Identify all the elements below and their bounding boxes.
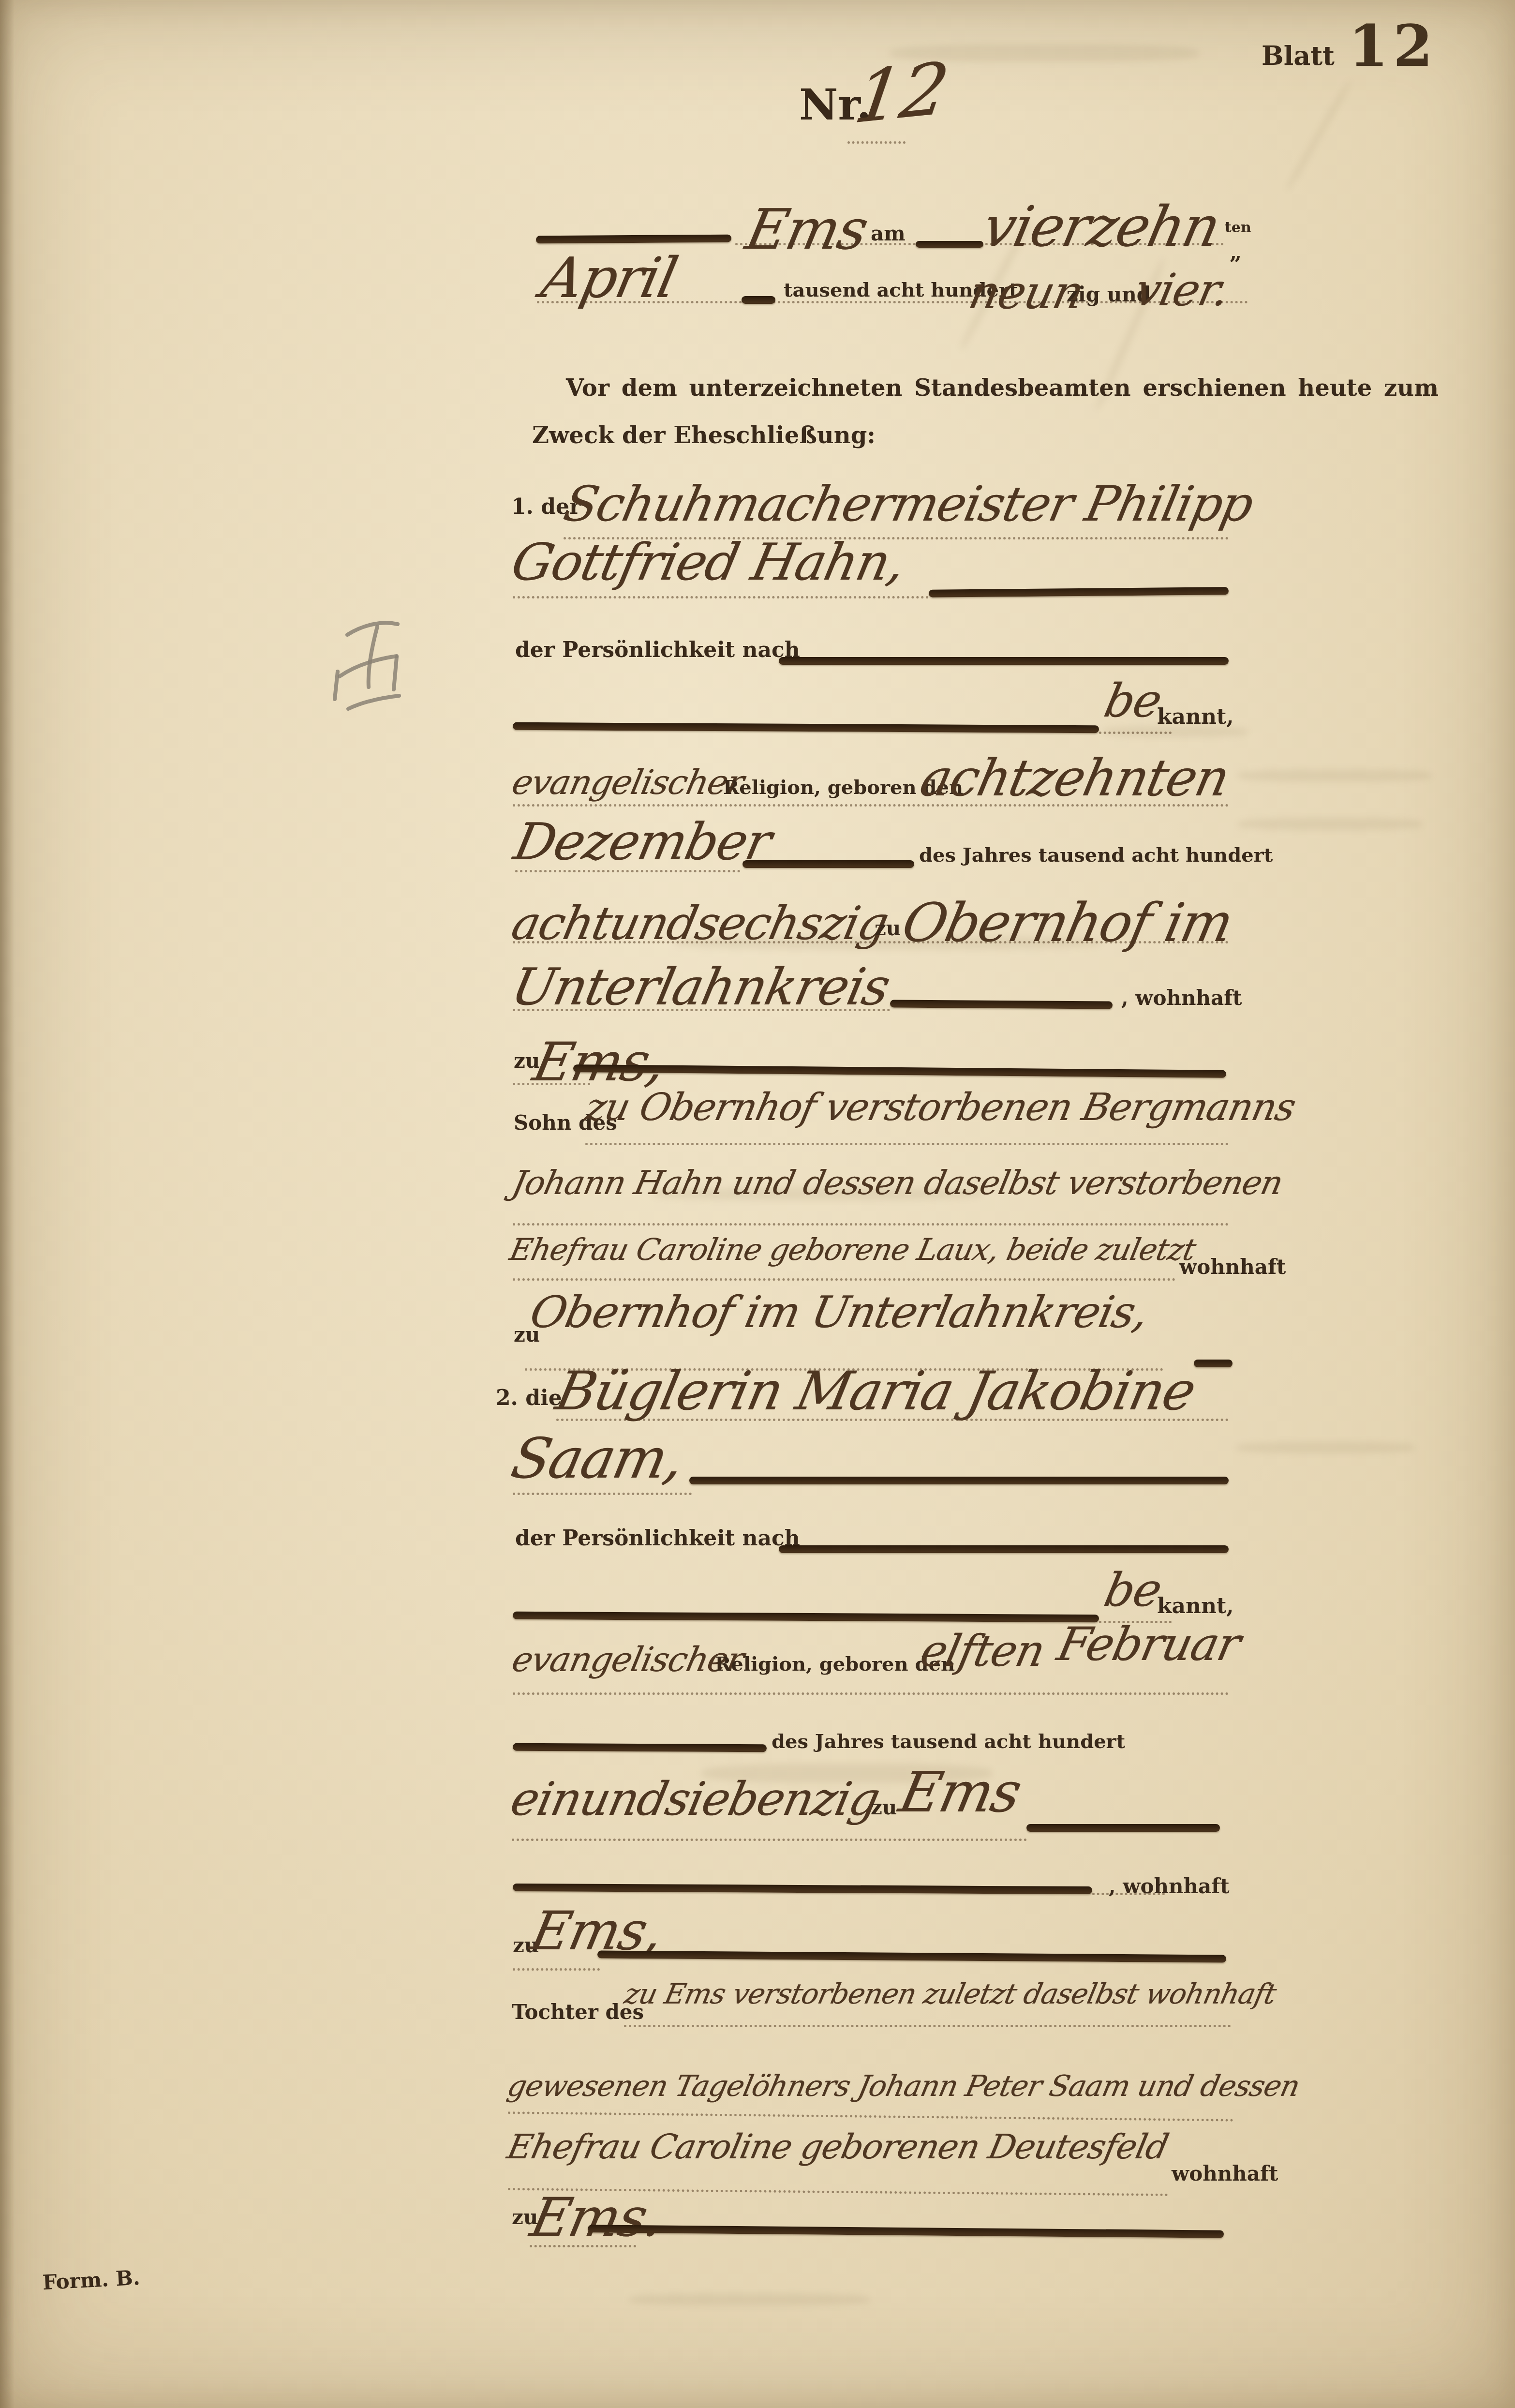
groom-wohnhaft-label: , wohnhaft	[1121, 988, 1242, 1008]
dotted-line	[624, 2025, 1231, 2027]
scan-edge-shadow	[0, 0, 15, 2408]
groom-known-prefix-hand: be	[1100, 678, 1165, 724]
year-units-hand: vier.	[1131, 268, 1232, 313]
day-suffix-mark: „	[1230, 242, 1242, 263]
bride-known-prefix-hand: be	[1100, 1568, 1165, 1614]
ink-filler-bar	[513, 1884, 1092, 1894]
groom-birth-day-hand: achtzehnten	[916, 753, 1233, 804]
record-number-value: 12	[850, 53, 951, 135]
dotted-line	[513, 1009, 890, 1011]
am-label: am	[871, 224, 906, 244]
bride-lineage-line2-hand: gewesenen Tagelöhners Johann Peter Saam …	[505, 2072, 1302, 2101]
groom-religion-hand: evangelischer	[509, 765, 747, 799]
ink-filler-bar	[536, 235, 731, 244]
dotted-line	[847, 141, 906, 144]
ink-filler-bar	[1026, 1824, 1220, 1832]
form-footer-label: Form. B.	[42, 2268, 140, 2293]
dotted-line	[530, 2245, 636, 2247]
ink-filler-bar	[573, 1064, 1226, 1078]
bride-occupation-name-hand: Büglerin Maria Jakobine	[551, 1364, 1199, 1418]
ink-filler-bar	[890, 1000, 1113, 1009]
bride-known-label: kannt,	[1157, 1596, 1234, 1617]
bleed-through-smudge	[1238, 769, 1432, 782]
preamble-line-2: Zweck der Eheschließung:	[532, 424, 876, 447]
ink-filler-bar	[588, 2225, 1224, 2238]
sheet-number: 12	[1349, 17, 1438, 75]
ink-filler-bar	[513, 1612, 1099, 1622]
dotted-line	[513, 1692, 1229, 1695]
dotted-line	[513, 804, 1229, 807]
dotted-line	[1099, 732, 1172, 734]
bleed-through-smudge	[1236, 1442, 1415, 1453]
ink-filler-bar	[779, 657, 1229, 665]
dotted-line	[513, 1223, 1229, 1226]
dotted-line	[513, 1968, 600, 1971]
groom-occupation-name-hand: Schuhmachermeister Philipp	[560, 480, 1257, 528]
bride-zu-label: zu	[871, 1797, 897, 1818]
bride-birth-place-hand: Ems	[895, 1765, 1025, 1821]
day-suffix-label: ten	[1225, 221, 1251, 235]
dotted-line	[513, 1083, 590, 1085]
groom-lineage-line1-hand: zu Obernhof verstorbenen Bergmanns	[582, 1089, 1298, 1126]
dotted-line	[513, 1493, 692, 1495]
groom-name-hand: Gottfried Hahn,	[507, 537, 909, 588]
dotted-line	[585, 1143, 1229, 1145]
groom-lineage-line3-hand: Ehefrau Caroline geborene Laux, beide zu…	[507, 1235, 1198, 1265]
bride-birth-month-hand: Februar	[1054, 1622, 1244, 1668]
ink-filler-bar	[689, 1477, 1229, 1484]
bride-residence-hand: Ems,	[526, 1904, 667, 1958]
ink-filler-bar	[743, 860, 914, 868]
dotted-line	[515, 870, 740, 872]
bride-birth-year-hand: einundsiebenzig	[507, 1777, 883, 1823]
dotted-line	[512, 1839, 1027, 1841]
place-name-hand: Ems	[742, 202, 872, 258]
preamble-line-1: Vor dem unterzeichneten Standesbeamten e…	[566, 376, 1439, 400]
month-hand: April	[537, 251, 681, 306]
groom-lineage-wohnhaft-label: wohnhaft	[1179, 1257, 1286, 1277]
bleed-through-smudge	[1238, 818, 1422, 830]
bride-item-label: 2. die	[496, 1388, 562, 1409]
groom-lineage-residence-hand: Obernhof im Unterlahnkreis,	[526, 1291, 1151, 1334]
groom-birth-place2-hand: Unterlahnkreis	[507, 962, 893, 1013]
bride-lineage-line1-hand: zu Ems verstorbenen zuletzt daselbst woh…	[622, 1980, 1278, 2008]
dotted-line	[513, 596, 929, 598]
groom-identity-label: der Persönlichkeit nach	[515, 640, 800, 661]
groom-lineage-line2-hand: Johann Hahn und dessen daselbst verstorb…	[509, 1167, 1285, 1200]
bride-identity-label: der Persönlichkeit nach	[515, 1528, 800, 1549]
bride-name-hand: Saam,	[507, 1431, 688, 1487]
pencil-mark	[329, 614, 421, 726]
bride-lineage-residence-hand: Ems.	[526, 2191, 667, 2244]
bride-birth-day-hand: elften	[917, 1630, 1048, 1673]
bleed-through-smudge	[629, 2293, 871, 2306]
bride-lineage-line3-hand: Ehefrau Caroline geborenen Deutesfeld	[505, 2130, 1171, 2164]
groom-birth-month-hand: Dezember	[510, 817, 775, 867]
ink-filler-bar	[513, 722, 1099, 733]
bride-lineage-wohnhaft-label: wohnhaft	[1172, 2164, 1278, 2184]
dotted-line	[508, 2111, 1233, 2122]
ink-filler-bar	[513, 1743, 767, 1752]
ink-filler-bar	[916, 241, 983, 248]
ink-filler-bar	[742, 296, 775, 304]
scanned-marriage-record: Blatt 12 Nr. 12 Ems am vierzehn ten „ Ap…	[0, 0, 1515, 2408]
dotted-line	[513, 941, 1229, 943]
groom-known-label: kannt,	[1157, 706, 1234, 728]
groom-year-label: des Jahres tausend acht hundert	[919, 846, 1273, 865]
bride-wohnhaft-label: , wohnhaft	[1109, 1876, 1230, 1897]
groom-birth-year-hand: achtundsechszig	[508, 901, 891, 947]
groom-residence-hand: Ems,	[529, 1035, 669, 1089]
sheet-label: Blatt	[1262, 43, 1335, 69]
dotted-line	[556, 1419, 1229, 1421]
ink-filler-bar	[779, 1545, 1229, 1553]
bleed-through-smudge	[1285, 79, 1352, 191]
bride-year-label: des Jahres tausend acht hundert	[772, 1732, 1125, 1751]
dotted-line	[513, 1278, 1175, 1281]
groom-zu-label: zu	[875, 918, 901, 939]
day-word-hand: vierzehn	[979, 199, 1224, 255]
bride-religion-hand: evangelischer	[509, 1643, 747, 1676]
ink-filler-bar	[929, 587, 1229, 597]
ink-filler-bar	[597, 1950, 1226, 1962]
